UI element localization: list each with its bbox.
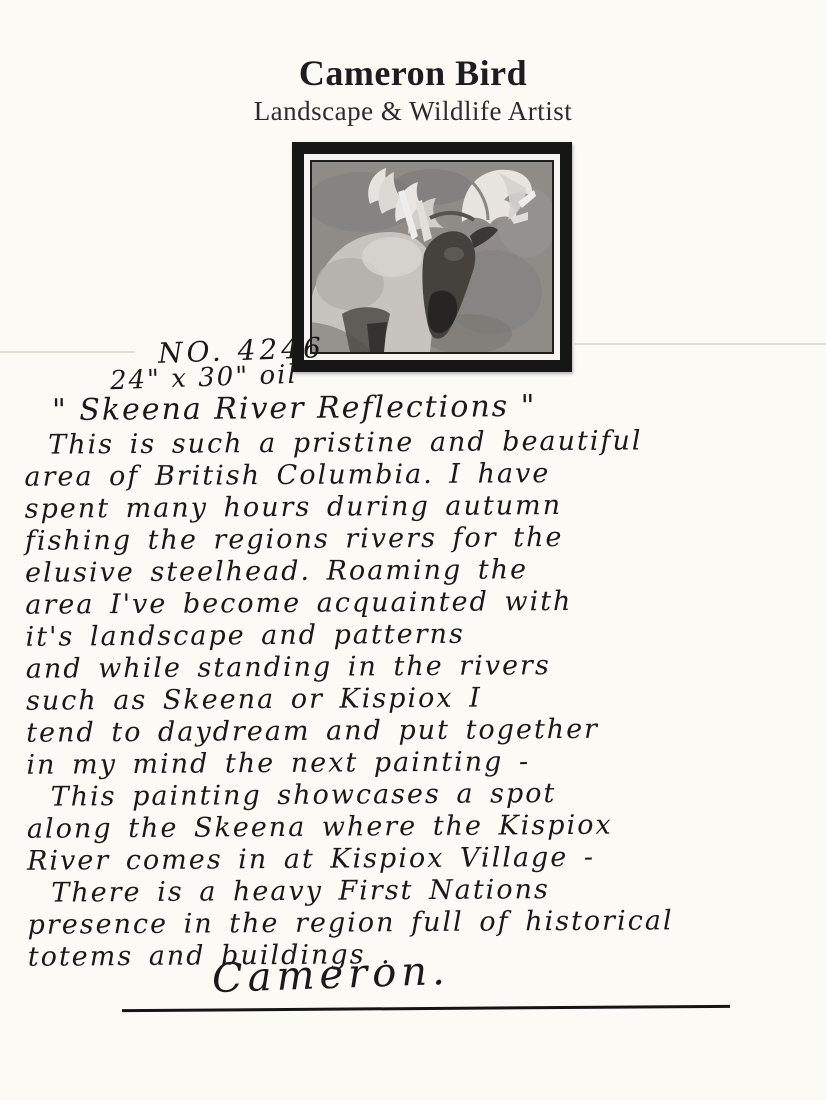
- artwork-inner-border: [310, 160, 554, 354]
- artwork-title: " Skeena River Reflections ": [52, 389, 537, 428]
- signature-rule: [122, 1005, 730, 1012]
- scan-artifact-line: [575, 343, 826, 345]
- letter-body: This is such a pristine and beautiful ar…: [24, 424, 822, 974]
- artwork-mat: [304, 154, 560, 360]
- moose-painting-icon: [312, 162, 552, 352]
- framed-artwork: [292, 142, 572, 372]
- scanned-letter-page: Cameron Bird Landscape & Wildlife Artist: [0, 0, 826, 1100]
- scan-artifact-line: [0, 351, 135, 353]
- artist-name: Cameron Bird: [0, 52, 826, 94]
- artist-title: Landscape & Wildlife Artist: [0, 96, 826, 127]
- letterhead: Cameron Bird Landscape & Wildlife Artist: [0, 52, 826, 127]
- signature: Cameron.: [211, 948, 450, 1002]
